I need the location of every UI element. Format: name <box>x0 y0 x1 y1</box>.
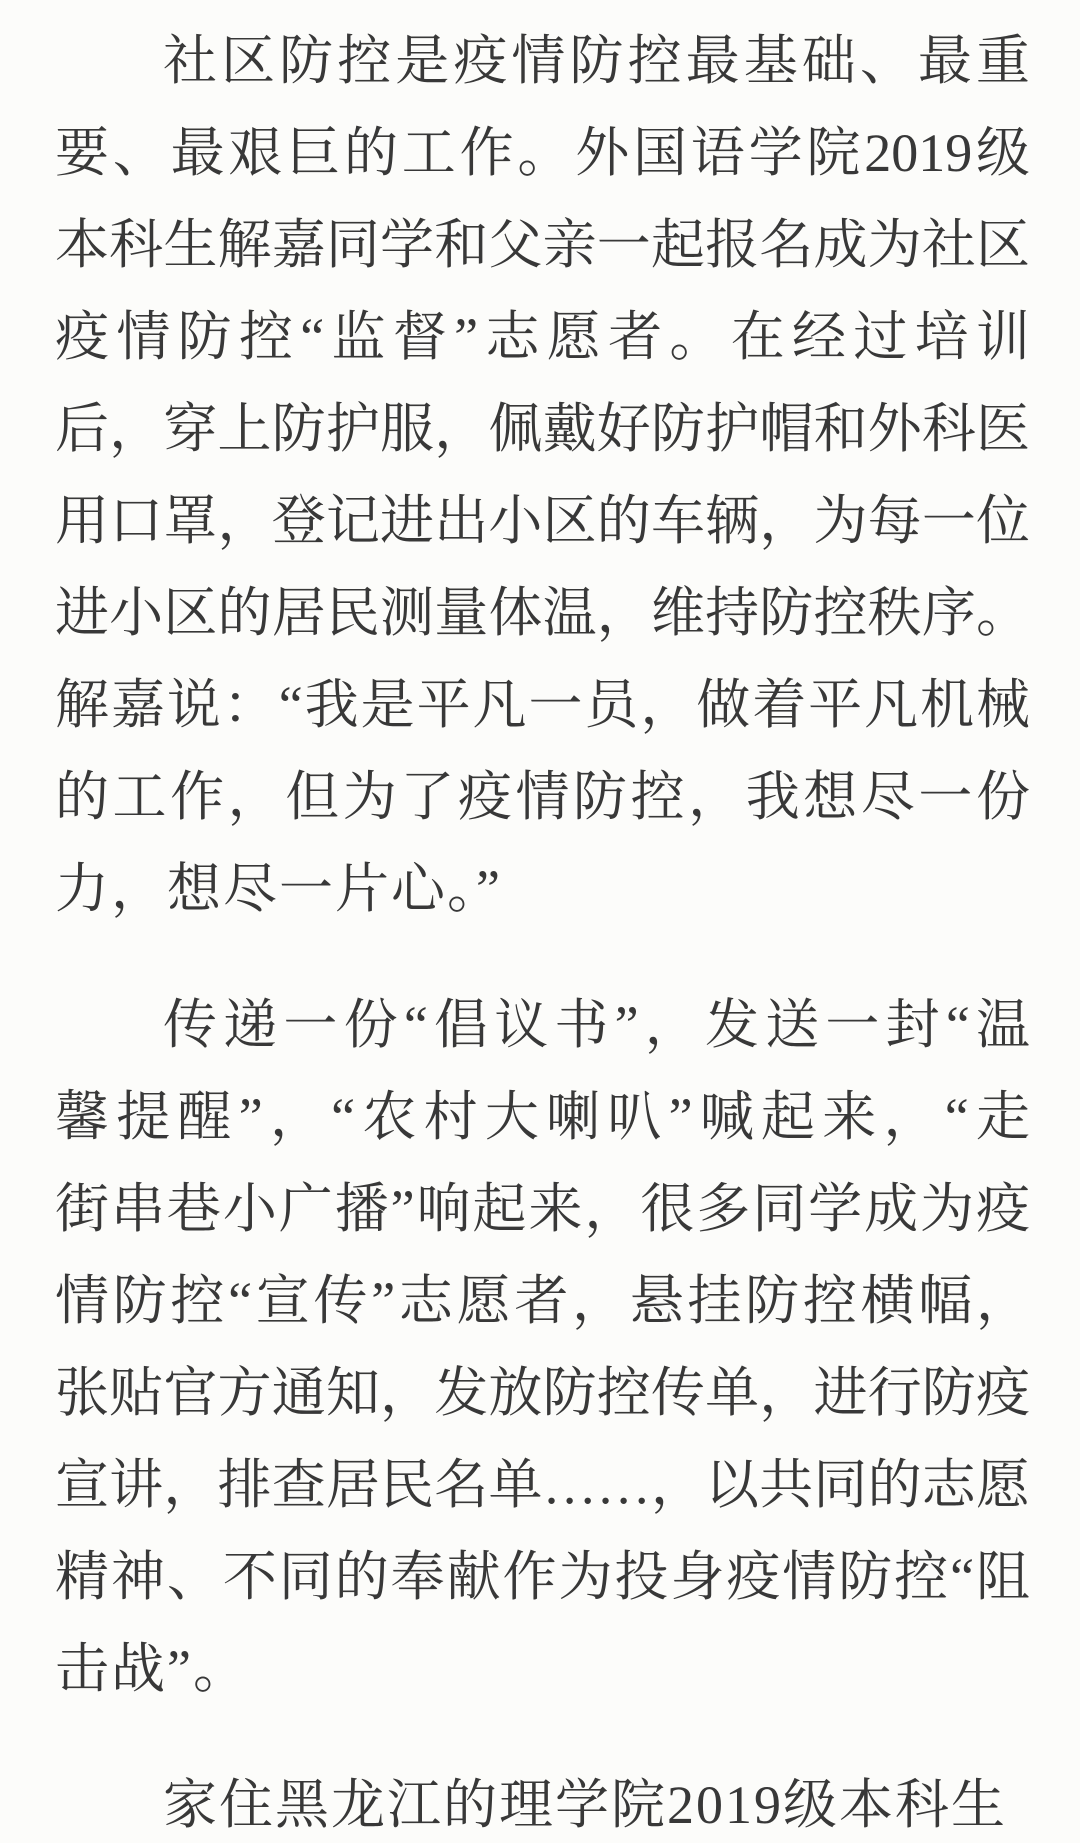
paragraph: 社区防控是疫情防控最基础、最重要、最艰巨的工作。外国语学院2019级本科生解嘉同… <box>55 15 1030 935</box>
text-line: 力，想尽一片心。” <box>55 843 1030 935</box>
text-line: 本科生解嘉同学和父亲一起报名成为社区 <box>55 199 1030 291</box>
text-line: 后，穿上防护服，佩戴好防护帽和外科医 <box>55 383 1030 475</box>
text-line: 解嘉说：“我是平凡一员，做着平凡机械 <box>55 659 1030 751</box>
text-line: 疫情防控“监督”志愿者。在经过培训 <box>55 291 1030 383</box>
article-body: 社区防控是疫情防控最基础、最重要、最艰巨的工作。外国语学院2019级本科生解嘉同… <box>55 15 1030 1843</box>
paragraph: 传递一份“倡议书”，发送一封“温馨提醒”，“农村大喇叭”喊起来，“走街串巷小广播… <box>55 979 1030 1715</box>
text-line: 馨提醒”，“农村大喇叭”喊起来，“走 <box>55 1071 1030 1163</box>
text-line: 精神、不同的奉献作为投身疫情防控“阻 <box>55 1531 1030 1623</box>
article-page: 社区防控是疫情防控最基础、最重要、最艰巨的工作。外国语学院2019级本科生解嘉同… <box>0 0 1080 1843</box>
text-line: 击战”。 <box>55 1623 1030 1715</box>
text-line: 宣讲，排查居民名单……，以共同的志愿 <box>55 1439 1030 1531</box>
text-line: 情防控“宣传”志愿者，悬挂防控横幅， <box>55 1255 1030 1347</box>
text-line: 社区防控是疫情防控最基础、最重 <box>55 15 1030 107</box>
text-line: 用口罩，登记进出小区的车辆，为每一位 <box>55 475 1030 567</box>
text-line: 要、最艰巨的工作。外国语学院2019级 <box>55 107 1030 199</box>
text-line: 家住黑龙江的理学院2019级本科生 <box>55 1759 1030 1843</box>
text-line: 传递一份“倡议书”，发送一封“温 <box>55 979 1030 1071</box>
text-line: 街串巷小广播”响起来，很多同学成为疫 <box>55 1163 1030 1255</box>
text-line: 进小区的居民测量体温，维持防控秩序。 <box>55 567 1030 659</box>
text-line: 张贴官方通知，发放防控传单，进行防疫 <box>55 1347 1030 1439</box>
paragraph: 家住黑龙江的理学院2019级本科生 <box>55 1759 1030 1843</box>
text-line: 的工作，但为了疫情防控，我想尽一份 <box>55 751 1030 843</box>
